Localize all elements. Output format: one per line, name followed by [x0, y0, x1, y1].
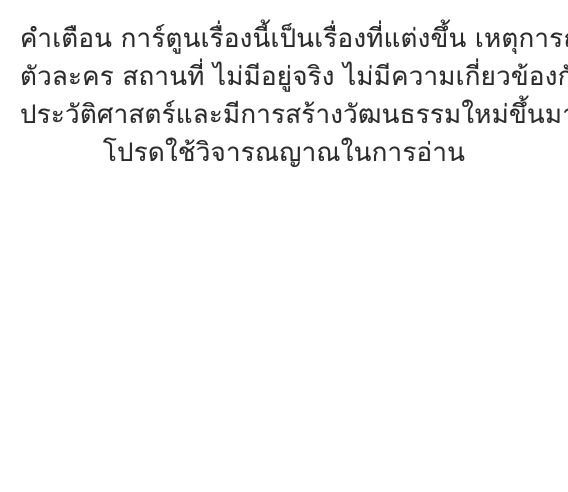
disclaimer-line-3: ประวัติศาสตร์และมีการสร้างวัฒนธรรมใหม่ขึ… — [0, 96, 568, 134]
disclaimer-page: คำเตือน การ์ตูนเรื่องนี้เป็นเรื่องที่แต่… — [0, 0, 568, 492]
disclaimer-line-1: คำเตือน การ์ตูนเรื่องนี้เป็นเรื่องที่แต่… — [0, 20, 568, 58]
disclaimer-line-2: ตัวละคร สถานที่ ไม่มีอยู่จริง ไม่มีความเ… — [0, 58, 568, 96]
disclaimer-text-block: คำเตือน การ์ตูนเรื่องนี้เป็นเรื่องที่แต่… — [0, 20, 568, 172]
disclaimer-line-4: โปรดใช้วิจารณญาณในการอ่าน — [0, 134, 568, 172]
